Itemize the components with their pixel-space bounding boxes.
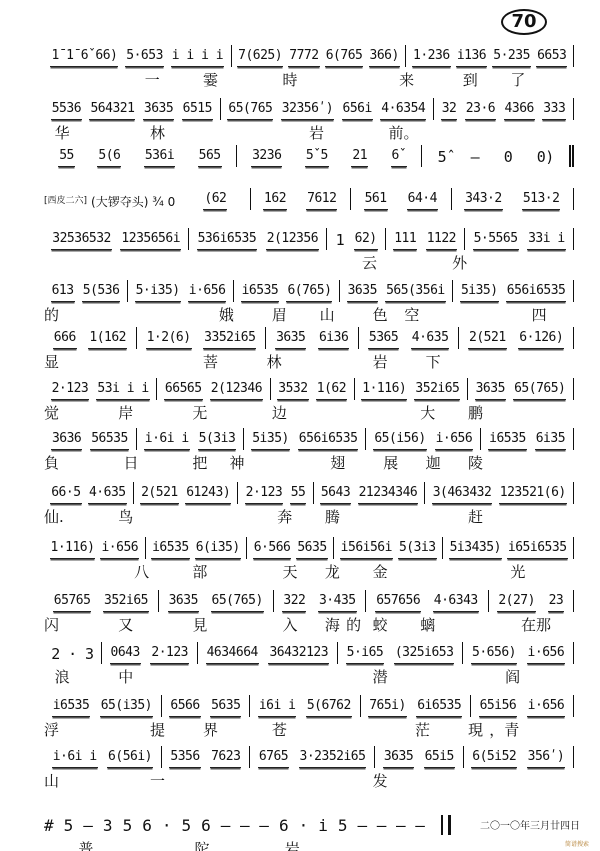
beat-group: 3(463432 [432, 485, 493, 504]
beat-group: 55 [290, 485, 307, 504]
measure: 6·5665635 [247, 537, 334, 559]
measure: i56i56i5(3i3 [334, 537, 443, 559]
beat-group: 1·236 [412, 48, 451, 67]
beat-group: 5(6 [97, 148, 121, 167]
beat-group: 21234346 [358, 485, 419, 504]
lyric-char: 負 [44, 452, 59, 473]
measure: 53654·635 [359, 327, 459, 349]
beat-group: i·656 [188, 283, 227, 302]
beat-group: i·656 [527, 645, 566, 664]
measure: 32365ˇ5216ˇ [237, 145, 423, 167]
beat-group: 5(3i3 [398, 540, 437, 559]
lyrics-line: 八部天龙金光 [44, 561, 574, 581]
watermark: 简谱搜索 [565, 839, 589, 848]
beat-group: 656i6535 [506, 283, 567, 302]
beat-group: 4634664 [206, 645, 259, 664]
beat-group: 5536 [51, 101, 82, 120]
beat-group: 1(62 [316, 381, 347, 400]
lyric-char: 日 [124, 452, 139, 473]
measure: 1·2(6)3352i65 [137, 327, 266, 349]
lyric-char: 現 [468, 719, 483, 740]
measure: 5·i35)i·656 [128, 280, 234, 302]
measure: 3223·435 [274, 590, 367, 612]
lyric-char: 天 [283, 561, 298, 582]
score-system: 1̄ 1̄ 6ˇ66)5·653i i i i7(625)77726(76536… [44, 45, 574, 95]
beat-group: 3636 [51, 431, 82, 450]
beat-group: 5̂ [437, 149, 448, 167]
lyric-char: 一 [150, 770, 165, 791]
beat-group: 6i36 [318, 330, 349, 349]
measure: 1̄ 1̄ 6ˇ66)5·653i i i i [44, 45, 232, 67]
beat-group: 4·635 [88, 485, 127, 504]
lyric-char: 龙 [325, 561, 340, 582]
measure: 36356i36 [266, 327, 359, 349]
beat-group: 5i35) [460, 283, 499, 302]
beat-group: 6i35 [535, 431, 566, 450]
lyrics-line: 仙.鸟奔腾赶 [44, 506, 574, 526]
lyric-char: 无 [192, 402, 207, 423]
beat-group: 6(56i) [107, 749, 153, 768]
measure: 2(52161243) [134, 482, 239, 504]
beat-group: 3532 [277, 381, 308, 400]
measure: 5·656)i·656 [463, 642, 574, 664]
measure: 65665635 [162, 695, 250, 717]
beat-group: 65i5 [424, 749, 455, 768]
notes-line: i·6i i6(56i)5356762367653·2352i65363565i… [44, 746, 574, 768]
lyric-char: 林 [150, 122, 165, 143]
beat-group: 61243) [185, 485, 231, 504]
beat-group: 3635 [168, 593, 199, 612]
lyric-char: 又 [118, 614, 133, 635]
beat-group: 656i6535 [298, 431, 359, 450]
lyrics-line [44, 169, 574, 189]
notes-line: 363656535i·6i i5(3i35i35)656i653565(i56)… [44, 428, 574, 450]
beat-group: 656i [342, 101, 373, 120]
measure: 363565(765) [468, 378, 574, 400]
sharp-sign: # [44, 816, 54, 835]
lyric-char: 中 [118, 666, 133, 687]
score-system: 6661(1621·2(6)3352i6536356i3653654·6352(… [44, 327, 574, 377]
beat-group: 356ʹ) [527, 749, 566, 768]
beat-group: 1122 [426, 231, 457, 250]
measure: 06432·123 [102, 642, 198, 664]
beat-group: 5(3i3 [198, 431, 237, 450]
measure: 2(5216·126) [459, 327, 574, 349]
lyrics-line: 負日把神翅展迦陵 [44, 452, 574, 472]
final-note: · [162, 816, 172, 835]
lyric-char: 霎 [203, 69, 218, 90]
notes-line: 65765352i65363565(765)3223·4356576564·63… [44, 590, 574, 612]
lyric-char: 陀 [195, 838, 210, 851]
lyric-char: 界 [203, 719, 218, 740]
lyric-char: 的 [346, 614, 361, 635]
lyric-char: 陵 [468, 452, 483, 473]
measure: 5·556533i i [465, 228, 574, 250]
beat-group: 56535 [90, 431, 129, 450]
lyric-char: 仙. [44, 506, 64, 527]
lyric-char: 部 [192, 561, 207, 582]
score-system: i653565(i35)65665635i6i i5(6762765i)6i65… [44, 695, 574, 745]
notes-line: 6661(1621·2(6)3352i6536356i3653654·6352(… [44, 327, 574, 349]
measure: 5i3435)i65i6535 [443, 537, 574, 559]
lyric-char: 来 [399, 69, 414, 90]
beat-group: i·656 [527, 698, 566, 717]
beat-group: 162 [263, 191, 287, 210]
measure: 536i65352(12356 [189, 228, 327, 250]
lyric-char: 发 [373, 770, 388, 791]
lyric-char: 螭 [420, 614, 435, 635]
measure: 1·116)i·656 [44, 537, 146, 559]
lyric-char: 华 [55, 122, 70, 143]
lyric-char: 林 [267, 351, 282, 372]
lyric-char: 八 [134, 561, 149, 582]
lyrics-line: 的娥眉山色空四 [44, 304, 574, 324]
measure: 6576564·6343 [366, 590, 488, 612]
beat-group: 4·6343 [433, 593, 479, 612]
measure: 35321(62 [271, 378, 355, 400]
beat-group: 1 [335, 232, 346, 250]
beat-group: 7(625) [237, 48, 283, 67]
beat-group: 5(6762 [306, 698, 352, 717]
measure: i65356(i35) [146, 537, 248, 559]
score-system: 65765352i65363565(765)3223·4356576564·63… [44, 590, 574, 640]
lyric-char: 显 [44, 351, 59, 372]
lyric-char: 翅 [330, 452, 345, 473]
lyric-char: 奔 [277, 506, 292, 527]
beat-group: 5·235 [492, 48, 531, 67]
final-phrase: #5–356·56– – –6·i5– – – – [44, 815, 474, 835]
beat-group: 333 [542, 101, 566, 120]
beat-group: – [470, 149, 481, 167]
measure: 162) [327, 228, 386, 250]
lyric-char: 色 [373, 304, 388, 325]
measure: 66·54·635 [44, 482, 134, 504]
measure: 6135(536 [44, 280, 128, 302]
beat-group: 5·656) [471, 645, 517, 664]
lyric-char: 岸 [118, 402, 133, 423]
beat-group: 7772 [288, 48, 319, 67]
lyric-char: 在那 [521, 614, 551, 635]
beat-group: 6(i35) [195, 540, 241, 559]
lyric-char: 苍 [272, 719, 287, 740]
lyrics-line: 闪又見入海的蛟螭在那 [44, 614, 574, 634]
lyric-char: 岩 [309, 122, 324, 143]
beat-group: 5i35) [251, 431, 290, 450]
notes-line: 1·116)i·656i65356(i35)6·5665635i56i56i5(… [44, 537, 574, 559]
notes-line: 55365643213635651565(76532356ʹ)656i4·635… [44, 98, 574, 120]
measure: (62 [181, 188, 250, 210]
score-system: 2·12353i i i665652(1234635321(621·116)35… [44, 378, 574, 428]
beat-group: 4366 [504, 101, 535, 120]
beat-group: i6535 [241, 283, 280, 302]
measure: 5·i65(325i653 [338, 642, 463, 664]
measure: 3(463432123521(6) [425, 482, 574, 504]
beat-group: 0 [503, 149, 514, 167]
measure: 67653·2352i65 [250, 746, 375, 768]
beat-group: 62) [354, 231, 378, 250]
measure: 2·12353i i i [44, 378, 157, 400]
lyric-char: 空 [404, 304, 419, 325]
beat-group: 765i) [368, 698, 407, 717]
measure: 7(625)77726(765366) [232, 45, 407, 67]
beat-group: 23 [548, 593, 565, 612]
beat-group: 2(12346 [210, 381, 263, 400]
beat-group: 23·6 [465, 101, 496, 120]
beat-group: 65(765 [227, 101, 273, 120]
lyrics-line: 显菩林岩下 [44, 351, 574, 371]
measure: 555(6536i565 [44, 145, 237, 167]
beat-group: i·6i i [144, 431, 190, 450]
final-barline [441, 815, 451, 835]
final-note: 5 [123, 816, 133, 835]
lyric-char: 鸟 [118, 506, 133, 527]
lyric-char: 迦 [426, 452, 441, 473]
beat-group: 3·2352i65 [299, 749, 367, 768]
beat-group: 65i56 [479, 698, 518, 717]
beat-group: 3635 [275, 330, 306, 349]
beat-group: 2(12356 [266, 231, 319, 250]
lyric-char: 展 [383, 452, 398, 473]
beat-group: 536i [144, 148, 175, 167]
final-note: · [299, 816, 309, 835]
lyric-char: 的 [44, 304, 59, 325]
measure: 5i35)656i6535 [244, 428, 366, 450]
final-note: 5 [64, 816, 74, 835]
measure: 2·12355 [238, 482, 313, 504]
beat-group: 6653 [536, 48, 567, 67]
score-system: 55365643213635651565(76532356ʹ)656i4·635… [44, 98, 574, 148]
measure: 1627612 [251, 188, 352, 210]
beat-group: 1̄ 1̄ 6ˇ66) [50, 48, 118, 67]
beat-group: 33i i [527, 231, 566, 250]
beat-group: (62 [203, 191, 227, 210]
measure: 363656535 [44, 428, 137, 450]
lyrics-line: 浮提界苍茫現，青 [44, 719, 574, 739]
measure: i65356(765) [234, 280, 340, 302]
beat-group: 4·635 [411, 330, 450, 349]
beat-group: 5·i35) [135, 283, 181, 302]
lyric-char: 到 [463, 69, 478, 90]
measure: 363565(765) [159, 590, 274, 612]
lyric-char: 下 [426, 351, 441, 372]
measure: 6661(162 [44, 327, 137, 349]
lyric-char: 娥 [219, 304, 234, 325]
final-note: 5 [181, 816, 191, 835]
beat-group: i6535 [151, 540, 190, 559]
tempo-marking: [西皮二六] [44, 193, 87, 206]
beat-group: 2·123 [245, 485, 284, 504]
beat-group: 0) [536, 149, 555, 167]
beat-group: i136 [456, 48, 487, 67]
beat-group: 666 [53, 330, 77, 349]
notes-line: 325365321235656i536i65352(12356162)11111… [44, 228, 574, 250]
lyric-char: 金 [373, 561, 388, 582]
final-note: 6 [279, 816, 289, 835]
beat-group: 64·4 [407, 191, 438, 210]
measure: 6(5i52356ʹ) [464, 746, 574, 768]
lyric-char: 边 [272, 402, 287, 423]
beat-group: i·656 [100, 540, 139, 559]
beat-group: 32356ʹ) [281, 101, 334, 120]
notes-line: 2·306432·1234634664364321235·i65(325i653… [44, 642, 574, 664]
lyrics-line: 一霎時来到了 [44, 69, 574, 89]
beat-group: 2(521 [140, 485, 179, 504]
lyric-char: 闪 [44, 614, 59, 635]
lyric-char: 山 [320, 304, 335, 325]
beat-group: i56i56i [340, 540, 393, 559]
beat-group: 5635 [296, 540, 327, 559]
beat-group: 5·653 [125, 48, 164, 67]
lyric-char: 潜 [373, 666, 388, 687]
measure: 553656432136356515 [44, 98, 221, 120]
score-system: 66·54·6352(52161243)2·123555643212343463… [44, 482, 574, 532]
lyric-char: 見 [192, 614, 207, 635]
beat-group: 21 [351, 148, 368, 167]
lyric-char: 把 [192, 452, 207, 473]
beat-group: 6i6535 [416, 698, 462, 717]
beat-group: i65i6535 [507, 540, 568, 559]
measure: 765i)6i6535 [361, 695, 471, 717]
beat-group: 123521(6) [499, 485, 567, 504]
beat-group: 32536532 [51, 231, 112, 250]
beat-group: 6(765 [325, 48, 364, 67]
beat-group: 111 [393, 231, 417, 250]
beat-group: 65(765) [513, 381, 566, 400]
lyric-char: 時 [283, 69, 298, 90]
measure: 1111122 [386, 228, 465, 250]
beat-group: 3635 [383, 749, 414, 768]
lyrics-line: 浪中潜阎 [44, 666, 574, 686]
beat-group: 5ˇ5 [305, 148, 329, 167]
beat-group: 536i6535 [197, 231, 258, 250]
measure: 363565i5 [375, 746, 463, 768]
lyric-char: 茫 [415, 719, 430, 740]
notes-line: 66·54·6352(52161243)2·123555643212343463… [44, 482, 574, 504]
beat-group: 561 [364, 191, 388, 210]
beat-group: 1(162 [88, 330, 127, 349]
measure: i·6i i6(56i) [44, 746, 162, 768]
final-note: 6 [142, 816, 152, 835]
beat-group: (325i653 [394, 645, 455, 664]
measure: 65765352i65 [44, 590, 159, 612]
beat-group: 6515 [182, 101, 213, 120]
notes-line: [西皮二六](大锣夺头) ¾ 0(62162761256164·4343·251… [44, 188, 574, 210]
beat-group: i6535 [488, 431, 527, 450]
beat-group: 7623 [210, 749, 241, 768]
notes-line: i653565(i35)65665635i6i i5(6762765i)6i65… [44, 695, 574, 717]
measure: 3635565(356i [340, 280, 453, 302]
beat-group: 564321 [89, 101, 135, 120]
beat-group: 352i65 [103, 593, 149, 612]
lyric-char: 眉 [272, 304, 287, 325]
beat-group: 5635 [210, 698, 241, 717]
lyric-char: 阎 [505, 666, 520, 687]
beat-group: 3635 [475, 381, 506, 400]
beat-group: 5365 [368, 330, 399, 349]
lyric-char: 前。 [389, 122, 419, 143]
lyric-char: 四 [532, 304, 547, 325]
beat-group: 5(536 [82, 283, 121, 302]
beat-group: 3·435 [318, 593, 357, 612]
lyric-char: 云 [362, 252, 377, 273]
measure: 53567623 [162, 746, 250, 768]
measure: 463466436432123 [198, 642, 338, 664]
date-note: 二〇一〇年三月廿四日 [480, 817, 580, 832]
beat-group: 6566 [169, 698, 200, 717]
beat-group: 3635 [143, 101, 174, 120]
beat-group: 65(i56) [373, 431, 426, 450]
lyric-char: 觉 [44, 402, 59, 423]
lyric-char: 外 [452, 252, 467, 273]
lyric-char: 普 [78, 838, 93, 851]
lyric-char: 。 [336, 838, 351, 851]
lyric-char: 岩 [373, 351, 388, 372]
beat-group: 5356 [169, 749, 200, 768]
measure: 65i56i·656 [471, 695, 574, 717]
beat-group: 66·5 [50, 485, 81, 504]
notes-line: 6135(5365·i35)i·656i65356(765)3635565(35… [44, 280, 574, 302]
beat-group: 36432123 [268, 645, 329, 664]
lyrics-line: 云外 [44, 252, 574, 272]
lyric-char: 海 [325, 614, 340, 635]
beat-group: 65(765) [211, 593, 264, 612]
score-system: 325365321235656i536i65352(12356162)11111… [44, 228, 574, 278]
lyric-char: 蛟 [373, 614, 388, 635]
beat-group: 565 [198, 148, 222, 167]
beat-group: 5i3435) [449, 540, 502, 559]
beat-group: 657656 [375, 593, 421, 612]
beat-group: 6(765) [286, 283, 332, 302]
measure: 65(i56)i·656 [366, 428, 481, 450]
beat-group: 6·126) [518, 330, 564, 349]
beat-group: 2(27) [497, 593, 536, 612]
beat-group: i6535 [52, 698, 91, 717]
lyric-char: 菩 [203, 351, 218, 372]
final-note: – – – – [358, 816, 425, 835]
score-system: 2·306432·1234634664364321235·i65(325i653… [44, 642, 574, 692]
beat-group: 6ˇ [391, 148, 408, 167]
measure: 1·116)352i65 [355, 378, 468, 400]
measure: 5̂–00) [422, 145, 574, 167]
score-system: i·6i i6(56i)5356762367653·2352i65363565i… [44, 746, 574, 796]
beat-group: 343·2 [464, 191, 503, 210]
beat-group: 66565 [164, 381, 203, 400]
beat-group: 32 [441, 101, 458, 120]
percussion-cue: (大锣夺头) ¾ 0 [91, 193, 175, 210]
final-note: 3 [103, 816, 113, 835]
beat-group: i·6i i [52, 749, 98, 768]
final-note: i [318, 816, 328, 835]
measure: i·6i i5(3i3 [137, 428, 244, 450]
final-note: 5 [338, 816, 348, 835]
beat-group: 3 [84, 646, 95, 664]
measure: 5i35)656i6535 [453, 280, 574, 302]
lyric-char: 浪 [55, 666, 70, 687]
final-note: – [83, 816, 93, 835]
beat-group: 2·123 [51, 381, 90, 400]
score-system: 6135(5365·i35)i·656i65356(765)3635565(35… [44, 280, 574, 330]
measure: 3223·64366333 [434, 98, 574, 120]
beat-group: 5·i65 [346, 645, 385, 664]
score-system: 1·116)i·656i65356(i35)6·5665635i56i56i5(… [44, 537, 574, 587]
beat-group: 0643 [110, 645, 141, 664]
beat-group: 1235656i [120, 231, 181, 250]
page-number: 70 [501, 9, 547, 35]
lyric-char: 山 [44, 770, 59, 791]
lyric-char: 一 [145, 69, 160, 90]
beat-group: 1·2(6) [146, 330, 192, 349]
lyric-char: 入 [283, 614, 298, 635]
